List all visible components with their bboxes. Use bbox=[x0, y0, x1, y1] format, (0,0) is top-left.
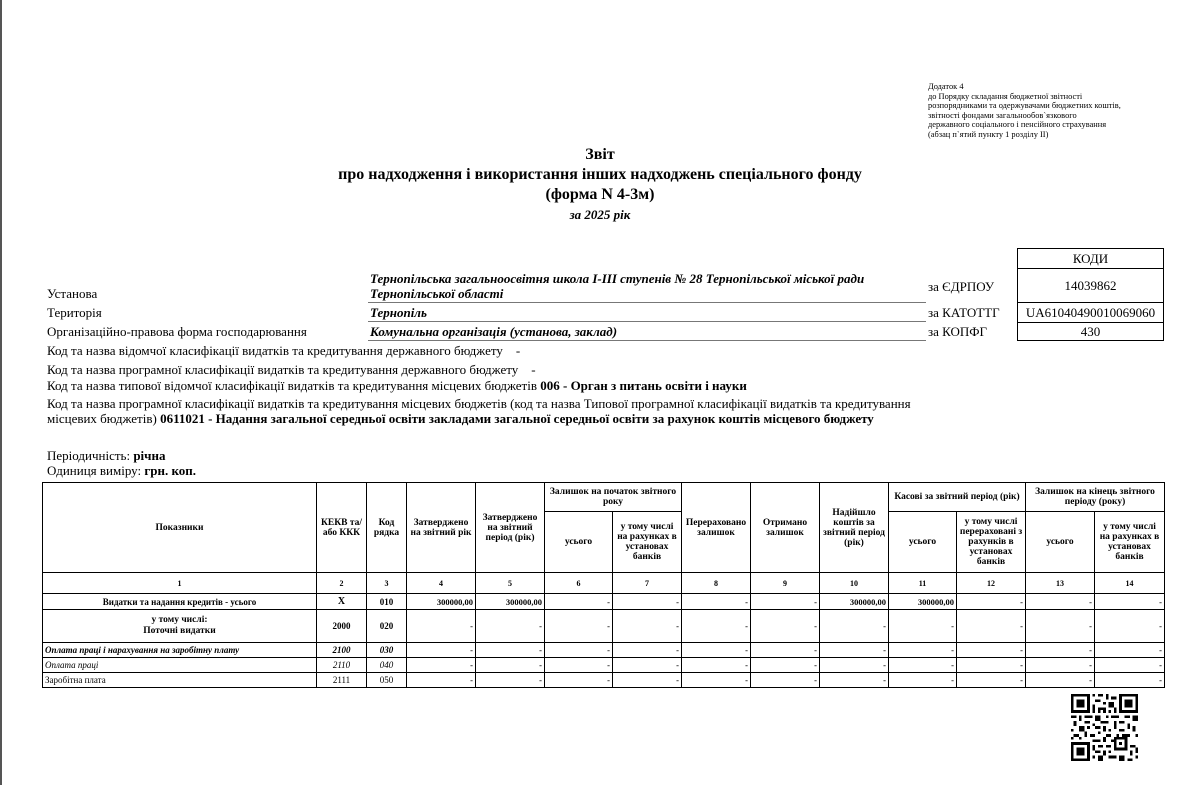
row-name: Видатки та надання кредитів - усього bbox=[43, 594, 317, 610]
legal-form-underline bbox=[368, 340, 926, 341]
header-balance-start: Залишок на початок звітного року bbox=[545, 483, 682, 512]
row-code: 040 bbox=[367, 658, 407, 673]
institution-name: Тернопільська загальноосвітня школа І-ІІ… bbox=[370, 271, 930, 301]
cell: - bbox=[820, 610, 889, 643]
column-number: 11 bbox=[889, 573, 957, 594]
cell: - bbox=[751, 610, 820, 643]
edrpou-code: 14039862 bbox=[1018, 269, 1164, 303]
appendix-line: (абзац п`ятий пункту 1 розділу ІІ) bbox=[928, 130, 1158, 140]
column-number: 14 bbox=[1095, 573, 1165, 594]
state-dept-value: - bbox=[516, 343, 520, 358]
unit-value: грн. коп. bbox=[144, 463, 196, 478]
header-approved-period: Затверджено на звітний період (рік) bbox=[476, 483, 545, 573]
row-name: Оплата праці і нарахування на заробітну … bbox=[43, 643, 317, 658]
state-dept-label: Код та назва відомчої класифікації видат… bbox=[47, 343, 503, 358]
header-balance-end-banks: у тому числі на рахунках в установах бан… bbox=[1095, 512, 1165, 573]
row-name: Оплата праці bbox=[43, 658, 317, 673]
cell: - bbox=[751, 673, 820, 688]
periodicity: Періодичність: річна bbox=[47, 448, 166, 464]
header-cash: Касові за звітний період (рік) bbox=[889, 483, 1026, 512]
header-row-code: Код рядка bbox=[367, 483, 407, 573]
cell: - bbox=[613, 610, 682, 643]
cell: - bbox=[1095, 610, 1165, 643]
column-number: 9 bbox=[751, 573, 820, 594]
header-balance-start-total: усього bbox=[545, 512, 613, 573]
cell: - bbox=[407, 610, 476, 643]
column-number: 7 bbox=[613, 573, 682, 594]
cell: - bbox=[889, 643, 957, 658]
institution-name-line-2: Тернопільської області bbox=[370, 286, 930, 301]
cell: - bbox=[889, 610, 957, 643]
cell: - bbox=[682, 658, 751, 673]
row-kekv: 2110 bbox=[317, 658, 367, 673]
cell: 300000,00 bbox=[407, 594, 476, 610]
row-name-prefix: у тому числі: bbox=[45, 615, 314, 626]
row-name: Заробітна плата bbox=[43, 673, 317, 688]
header-kekv: КЕКВ та/або ККК bbox=[317, 483, 367, 573]
cell: - bbox=[1095, 658, 1165, 673]
report-title: Звіт про надходження і використання інши… bbox=[300, 145, 900, 225]
title-form-number: (форма N 4-3м) bbox=[300, 185, 900, 205]
cell: - bbox=[1026, 673, 1095, 688]
cell: - bbox=[889, 673, 957, 688]
cell: - bbox=[1026, 594, 1095, 610]
territory-value: Тернопіль bbox=[370, 305, 427, 320]
periodicity-value: річна bbox=[133, 448, 165, 463]
column-number: 3 bbox=[367, 573, 407, 594]
table-row: у тому числі: Поточні видатки 2000 020 -… bbox=[43, 610, 1165, 643]
header-income: Надійшло коштів за звітний період (рік) bbox=[820, 483, 889, 573]
table-row: Видатки та надання кредитів - усього X 0… bbox=[43, 594, 1165, 610]
cell: - bbox=[545, 673, 613, 688]
table-row: Оплата праці 2110 040 - - - - - - - - - … bbox=[43, 658, 1165, 673]
row-code: 050 bbox=[367, 673, 407, 688]
cell: - bbox=[751, 658, 820, 673]
cell: - bbox=[613, 643, 682, 658]
appendix-line: Додаток 4 bbox=[928, 82, 1158, 92]
table-row: Заробітна плата 2111 050 - - - - - - - -… bbox=[43, 673, 1165, 688]
cell: - bbox=[957, 658, 1026, 673]
codes-header: КОДИ bbox=[1018, 249, 1164, 269]
row-name-main: Поточні видатки bbox=[45, 626, 314, 637]
cell: - bbox=[613, 658, 682, 673]
cell: - bbox=[545, 658, 613, 673]
cell: - bbox=[820, 673, 889, 688]
header-approved-year: Затверджено на звітний рік bbox=[407, 483, 476, 573]
title-line-1: Звіт bbox=[300, 145, 900, 165]
unit-of-measure: Одиниця виміру: грн. коп. bbox=[47, 463, 196, 479]
territory-underline bbox=[368, 321, 926, 322]
edrpou-label: за ЄДРПОУ bbox=[928, 279, 994, 295]
local-prog-classification: Код та назва програмної класифікації вид… bbox=[47, 396, 927, 426]
qr-code-icon bbox=[1071, 694, 1138, 761]
unit-label: Одиниця виміру: bbox=[47, 463, 141, 478]
appendix-note: Додаток 4 до Порядку складання бюджетної… bbox=[928, 82, 1158, 140]
state-dept-classification: Код та назва відомчої класифікації видат… bbox=[47, 343, 520, 359]
table-row: Оплата праці і нарахування на заробітну … bbox=[43, 643, 1165, 658]
cell: - bbox=[545, 594, 613, 610]
cell: - bbox=[1026, 610, 1095, 643]
cell: - bbox=[1095, 643, 1165, 658]
header-cash-total: усього bbox=[889, 512, 957, 573]
report-table: Показники КЕКВ та/або ККК Код рядка Затв… bbox=[42, 482, 1165, 688]
cell: - bbox=[476, 673, 545, 688]
cell: - bbox=[820, 643, 889, 658]
row-code: 020 bbox=[367, 610, 407, 643]
appendix-line: державного соціального і пенсійного стра… bbox=[928, 120, 1158, 130]
cell: - bbox=[957, 673, 1026, 688]
title-year: за 2025 рік bbox=[300, 205, 900, 225]
page-left-border bbox=[0, 0, 2, 785]
column-numbers-row: 1 2 3 4 5 6 7 8 9 10 11 12 13 14 bbox=[43, 573, 1165, 594]
cell: - bbox=[545, 643, 613, 658]
cell: - bbox=[751, 594, 820, 610]
row-kekv: 2000 bbox=[317, 610, 367, 643]
row-kekv: X bbox=[317, 594, 367, 610]
katottg-label: за КАТОТТГ bbox=[928, 305, 1000, 321]
cell: - bbox=[545, 610, 613, 643]
institution-label: Установа bbox=[47, 286, 97, 302]
title-line-2: про надходження і використання інших над… bbox=[300, 165, 900, 185]
cell: - bbox=[476, 610, 545, 643]
appendix-line: до Порядку складання бюджетної звітності bbox=[928, 92, 1158, 102]
header-transferred: Перераховано залишок bbox=[682, 483, 751, 573]
cell: - bbox=[1026, 643, 1095, 658]
column-number: 2 bbox=[317, 573, 367, 594]
territory-label: Територія bbox=[47, 305, 102, 321]
kopfg-label: за КОПФГ bbox=[928, 324, 987, 340]
appendix-line: звітності фондами загальнообов`язкового bbox=[928, 111, 1158, 121]
institution-name-line-1: Тернопільська загальноосвітня школа І-ІІ… bbox=[370, 271, 930, 286]
local-dept-label: Код та назва типової відомчої класифікац… bbox=[47, 378, 537, 393]
state-prog-classification: Код та назва програмної класифікації вид… bbox=[47, 362, 536, 378]
column-number: 8 bbox=[682, 573, 751, 594]
header-received: Отримано залишок bbox=[751, 483, 820, 573]
cell: - bbox=[1095, 594, 1165, 610]
cell: - bbox=[407, 673, 476, 688]
cell: - bbox=[613, 594, 682, 610]
cell: - bbox=[476, 643, 545, 658]
header-balance-end: Залишок на кінець звітного періоду (року… bbox=[1026, 483, 1165, 512]
cell: - bbox=[889, 658, 957, 673]
local-prog-value: 0611021 - Надання загальної середньої ос… bbox=[160, 411, 874, 426]
header-cash-banks: у тому числі перераховані з рахунків в у… bbox=[957, 512, 1026, 573]
row-code: 030 bbox=[367, 643, 407, 658]
cell: - bbox=[682, 673, 751, 688]
header-balance-end-total: усього bbox=[1026, 512, 1095, 573]
cell: - bbox=[820, 658, 889, 673]
legal-form-value: Комунальна організація (установа, заклад… bbox=[370, 324, 617, 339]
cell: - bbox=[407, 658, 476, 673]
row-kekv: 2100 bbox=[317, 643, 367, 658]
cell: 300000,00 bbox=[820, 594, 889, 610]
cell: - bbox=[476, 658, 545, 673]
row-kekv: 2111 bbox=[317, 673, 367, 688]
column-number: 5 bbox=[476, 573, 545, 594]
header-balance-start-banks: у тому числі на рахунках в установах бан… bbox=[613, 512, 682, 573]
cell: - bbox=[682, 610, 751, 643]
katottg-code: UA61040490010069060 bbox=[1018, 303, 1164, 323]
kopfg-code: 430 bbox=[1018, 323, 1164, 341]
column-number: 4 bbox=[407, 573, 476, 594]
legal-form-label: Організаційно-правова форма господарюван… bbox=[47, 324, 307, 340]
local-dept-value: 006 - Орган з питань освіти і науки bbox=[540, 378, 747, 393]
cell: - bbox=[957, 594, 1026, 610]
periodicity-label: Періодичність: bbox=[47, 448, 130, 463]
cell: - bbox=[613, 673, 682, 688]
cell: 300000,00 bbox=[476, 594, 545, 610]
codes-table: КОДИ 14039862 UA61040490010069060 430 bbox=[1017, 248, 1164, 341]
appendix-line: розпорядниками та одержувачами бюджетних… bbox=[928, 101, 1158, 111]
column-number: 6 bbox=[545, 573, 613, 594]
cell: - bbox=[682, 594, 751, 610]
row-code: 010 bbox=[367, 594, 407, 610]
cell: - bbox=[407, 643, 476, 658]
cell: - bbox=[1095, 673, 1165, 688]
column-number: 12 bbox=[957, 573, 1026, 594]
cell: 300000,00 bbox=[889, 594, 957, 610]
header-indicators: Показники bbox=[43, 483, 317, 573]
state-prog-value: - bbox=[531, 362, 535, 377]
cell: - bbox=[957, 643, 1026, 658]
local-dept-classification: Код та назва типової відомчої класифікац… bbox=[47, 378, 747, 394]
institution-underline bbox=[368, 302, 926, 303]
row-name: у тому числі: Поточні видатки bbox=[43, 610, 317, 643]
cell: - bbox=[957, 610, 1026, 643]
cell: - bbox=[751, 643, 820, 658]
cell: - bbox=[682, 643, 751, 658]
cell: - bbox=[1026, 658, 1095, 673]
column-number: 10 bbox=[820, 573, 889, 594]
state-prog-label: Код та назва програмної класифікації вид… bbox=[47, 362, 518, 377]
column-number: 13 bbox=[1026, 573, 1095, 594]
column-number: 1 bbox=[43, 573, 317, 594]
